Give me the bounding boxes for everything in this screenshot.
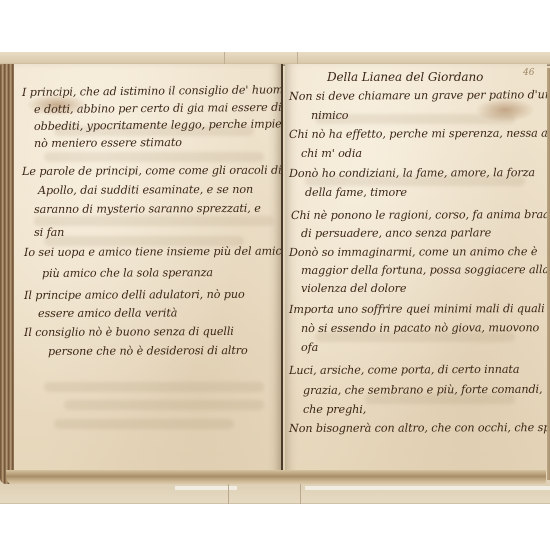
manuscript-line: nimico [311,109,348,122]
manuscript-line: persone che nò è desiderosi di altro [48,344,248,358]
manuscript-line: Chi nè ponono le ragioni, corso, fa anim… [291,208,547,222]
left-page: I principi, che ad istimino il consiglio… [14,64,283,484]
manuscript-line: Donò ho condiziani, la fame, amore, la f… [289,166,535,180]
manuscript-line: saranno di mysterio saranno sprezzati, e [34,202,261,216]
manuscript-line: essere amico della verità [38,307,177,320]
manuscript-line: grazia, che sembrano e più, forte comand… [303,383,543,397]
manuscript-line: Luci, arsiche, come porta, di certo inna… [289,363,519,377]
manuscript-line: obbediti, ypocritamente leggo, perche im… [34,117,283,133]
manuscript-line: Non si deve chiamare un grave per patino… [289,88,547,103]
right-page: 46 Della Lianea del Giordano Non si deve… [285,64,547,484]
manuscript-line: di persuadere, anco senza parlare [301,226,491,240]
manuscript-line: Donò so immaginarmi, come un animo che è [289,245,537,259]
manuscript-line: I principi, che ad istimino il consiglio… [22,83,283,99]
manuscript-line: più amico che la sola speranza [42,266,213,280]
manuscript-line: si fan [34,226,64,239]
manuscript-line: maggior della fortuna, possa soggiacere … [301,263,547,277]
backing-board-bottom-edge [0,484,550,504]
manuscript-line: Apollo, dai sudditi esaminate, e se non [38,183,253,197]
manuscript-line: violenza del dolore [301,282,406,295]
manuscript-line: chi m' odia [301,147,362,160]
manuscript-line: nò si essendo in pacato nò giova, muovon… [301,321,539,335]
manuscript-line: e dotti, abbino per certo di gia mai ess… [34,101,283,116]
manuscript-line: ofa [301,341,318,354]
manuscript-line: Il principe amico delli adulatori, nò pu… [24,288,245,302]
manuscript-line: Le parole de principi, come come gli ora… [22,164,282,178]
manuscript-line: della fame, timore [305,186,407,199]
manuscript-line: nò meniero essere stimato [34,136,182,150]
manuscript-line: che preghi, [303,403,366,416]
manuscript-line: Io sei uopa e amico tiene insieme più de… [24,245,283,259]
page-heading: Della Lianea del Giordano [327,70,483,84]
folio-number: 46 [523,68,534,78]
manuscript-line: Il consiglio nò è buono senza di quelli [24,325,234,339]
manuscript-line: Importa uno soffrire quei minimi mali di… [289,302,545,316]
manuscript-line: Chi nò ha effetto, perche mi sperenza, n… [289,126,547,141]
manuscript-line: Non bisognerà con altro, che con occhi, … [289,421,547,435]
open-manuscript: I principi, che ad istimino il consiglio… [0,64,550,488]
